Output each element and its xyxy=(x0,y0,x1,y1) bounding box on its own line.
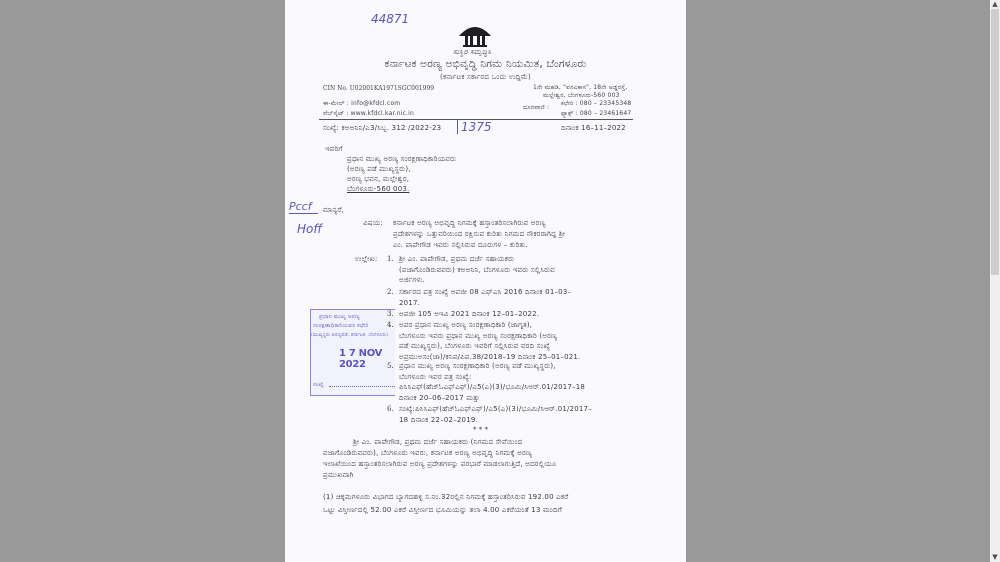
reference-number: 4. xyxy=(387,321,394,329)
subject-label: ವಿಷಯ: xyxy=(363,219,383,228)
recipient-line-2: (ಅರಣ್ಯ ಪಡೆ ಮುಖ್ಯಸ್ಥರು), xyxy=(347,165,411,174)
organization-logo-icon xyxy=(457,22,493,48)
reference-text-line: ಅಪ್ರಮುಅಸಂ(ಜಾ)/ಕನಿಪ/ಪಿಪ.38/2018–19 ದಿನಾಂಕ… xyxy=(399,353,580,362)
handwritten-pccf: Pccf xyxy=(289,200,318,214)
cin-number: CIN No. U02001KA1971SGC001999 xyxy=(323,85,434,92)
subject-line-3: ಎಂ. ಪಾಪೇಗೌಡ ಇವರು ಸಲ್ಲಿಸಿರುವ ದೂರುಗಳ – ಕುರ… xyxy=(393,241,528,250)
section-separator: * * * xyxy=(473,426,488,434)
salutation: ಮಾನ್ಯರೆ, xyxy=(323,206,344,215)
stamp-dotted-line xyxy=(329,386,395,387)
reference-number: ಸಂಖ್ಯೆ: ಕಅಅನಿನಿ/ಎ3/ಸಿಬ್ಬ. 312 /2022-23 xyxy=(323,124,441,133)
fax-number: ಫ್ಯಾಕ್ಸ್ : 080 – 23461647 xyxy=(561,110,631,118)
reference-number: 2. xyxy=(387,288,394,296)
body-paragraph-line: ವಜಾಗೊಂಡಿರುವವರು), ಬೆಂಗಳೂರು ಇವರು, ಕರ್ನಾಟಕ … xyxy=(323,449,532,458)
organization-subtitle: (ಕರ್ನಾಟಕ ಸರ್ಕಾರದ ಒಂದು ಉದ್ದಿಮೆ) xyxy=(285,73,686,82)
body-paragraph-line: ಪ್ರಮುಖವಾಗಿ xyxy=(323,471,354,480)
reference-text-line: ಸರ್ಕಾರದ ಪತ್ರ ಸಂಖ್ಯೆ ಅಪಜೀ 08 ಎಫ್‌ಎಸಿ 2016… xyxy=(399,288,571,297)
recipient-line-4: ಬೆಂಗಳೂರು-560 003. xyxy=(347,185,409,194)
reference-text-line: ಬೆಂಗಳೂರು ಇವರ ಪತ್ರ ಸಂಖ್ಯೆ: xyxy=(399,373,472,382)
reference-text-line: 2017. xyxy=(399,299,420,307)
document-page: 44871 ಸುಸ್ಥಿರ ಸಮೃದ್ಧಿಸಿ ಕರ್ನಾಟಕ ಅರಣ್ಯ ಅಭ… xyxy=(285,0,686,562)
address-line-1: 1ನೇ ಮಹಡಿ, "ವನವಿಕಾಸ", 18ನೇ ಅಡ್ಡರಸ್ತೆ, xyxy=(533,84,627,92)
letter-date: ದಿನಾಂಕ 16–11–2022 xyxy=(561,124,626,133)
reference-number: 5. xyxy=(387,362,394,370)
body-paragraph-line: ಶ್ರೀ ಎಂ. ಪಾಪೇಗೌಡ, ಪ್ರಥಮ ದರ್ಜೆ ಸಹಾಯಕರು (ನ… xyxy=(353,438,522,447)
recipient-line-3: ಅರಣ್ಯ ಭವನ, ಮಲ್ಲೇಶ್ವರ, xyxy=(347,175,409,184)
website: ವೆಬ್‌ಸೈಟ್ : www.kfdcl.kar.nic.in xyxy=(323,110,414,118)
body-paragraph-line: ಇಲಾಖೆಯಿಂದ ಹಸ್ತಾಂತರಿಸಲಾಗಿರುವ ಅರಣ್ಯ ಪ್ರದೇಶ… xyxy=(323,460,556,469)
to-label: ಇವರಿಗೆ xyxy=(325,145,343,154)
document-viewer[interactable]: 44871 ಸುಸ್ಥಿರ ಸಮೃದ್ಧಿಸಿ ಕರ್ನಾಟಕ ಅರಣ್ಯ ಅಭ… xyxy=(0,0,990,562)
stamp-line-1: ಪ್ರಧಾನ ಮುಖ್ಯ ಅರಣ್ಯ xyxy=(319,314,360,321)
recipient-line-1: ಪ್ರಧಾನ ಮುಖ್ಯ ಅರಣ್ಯ ಸಂರಕ್ಷಣಾಧಿಕಾರಿಯವರು xyxy=(347,155,456,164)
subject-line-2: ಪ್ರದೇಶಗಳನ್ನು ಒತ್ತುವರಿಯಿಂದ ರಕ್ಷಿಸುವ ಕುರಿತ… xyxy=(393,230,565,239)
reference-text-line: ಪ್ರಧಾನ ಮುಖ್ಯ ಅರಣ್ಯ ಸಂರಕ್ಷಣಾಧಿಕಾರಿ (ಅರಣ್ಯ… xyxy=(399,362,556,371)
reference-text-line: 18 ದಿನಾಂಕ 22–02–2019. xyxy=(399,416,478,425)
stamp-line-3: (ಮುಖ್ಯಸ್ಥರು ಅರಣ್ಯಪಡೆ, ಕರ್ನಾಟಕ, ಬೆಂಗಳೂರು) xyxy=(311,332,388,338)
reference-text-line: ಪಡೆ ಮುಖ್ಯಸ್ಥರು), ಬೆಂಗಳೂರು ಇವರಿಗೆ ಸಲ್ಲಿಸಿ… xyxy=(399,342,550,351)
phone-label: ದೂರವಾಣಿ : xyxy=(523,104,549,112)
scroll-up-arrow-icon[interactable]: ▲ xyxy=(990,0,1000,9)
handwritten-hoff: Hoff xyxy=(297,222,322,236)
stamp-line-2: ಸಂರಕ್ಷಣಾಧಿಕಾರಿಯವರ ಕಛೇರಿ xyxy=(313,323,369,330)
address-line-2: ಮಲ್ಲೇಶ್ವರ, ಬೆಂಗಳೂರು-560 003 xyxy=(543,92,620,100)
reference-text-line: ಶ್ರೀ ಎಂ. ಪಾಪೇಗೌಡ, ಪ್ರಥಮ ದರ್ಜೆ ಸಹಾಯಕರು xyxy=(399,255,514,264)
subject-line-1: ಕರ್ನಾಟಕ ಅರಣ್ಯ ಅಭಿವೃದ್ಧಿ ನಿಗಮಕ್ಕೆ ಹಸ್ತಾಂತ… xyxy=(393,219,546,228)
email: ಈ-ಮೇಲ್ : info@kfdcl.com xyxy=(323,100,400,108)
reference-text-line: ಸಂಖ್ಯೆ:ಪಿಸಿಸಿಎಫ್(ಹೆಚ್‌ಓಎಫ್‌ಎಫ್)/ಎ5(ಎ)(3)… xyxy=(399,405,592,414)
reference-number: 1. xyxy=(387,255,394,263)
scroll-down-arrow-icon[interactable]: ▼ xyxy=(990,553,1000,562)
reference-text-line: ಅಪರ ಪ್ರಧಾನ ಮುಖ್ಯ ಅರಣ್ಯ ಸಂರಕ್ಷಣಾಧಿಕಾರಿ (ಜ… xyxy=(399,321,532,330)
reference-text-line: ಬೆಂಗಳೂರು ಇವರು ಪ್ರಧಾನ ಮುಖ್ಯ ಅರಣ್ಯ ಸಂರಕ್ಷಣ… xyxy=(399,332,557,341)
reference-number: 6. xyxy=(387,405,394,413)
reference-label: ಉಲ್ಲೇಖ: xyxy=(355,255,377,264)
scrollbar-thumb[interactable] xyxy=(991,9,999,275)
tagline: ಸುಸ್ಥಿರ ಸಮೃದ್ಧಿಸಿ xyxy=(453,48,491,57)
reference-number: 3. xyxy=(387,310,394,318)
received-stamp: ಪ್ರಧಾನ ಮುಖ್ಯ ಅರಣ್ಯ ಸಂರಕ್ಷಣಾಧಿಕಾರಿಯವರ ಕಛೇ… xyxy=(310,309,395,396)
reference-text-line: ಅಪಜೀ 105 ಅಇವಿ 2021 ದಿನಾಂಕ 12–01–2022. xyxy=(399,310,539,319)
reference-text-line: ಅರ್ಜಿಗಳು. xyxy=(399,276,425,285)
point-1-line: ಒಟ್ಟು ವಿಸ್ತೀರ್ಣದಲ್ಲಿ 52.00 ಎಕರೆ ವಿಸ್ತೀರ್… xyxy=(323,506,562,515)
handwritten-ref-number: 44871 xyxy=(371,12,409,26)
stamp-line-4: ಸಂಖ್ಯೆ xyxy=(313,382,324,389)
office-phone: ಕಛೇರಿ : 080 – 23345348 xyxy=(561,100,631,108)
reference-text-line: ಪಿಸಿಸಿಎಫ್(ಹೆಚ್‌ಓಎಫ್‌ಎಫ್)/ಎ5(ಎ)(3)/ಭೂಮಿ/ಸ… xyxy=(399,383,585,392)
reference-text-line: ದಿನಾಂಕ 20–06–2017 ಮತ್ತು xyxy=(399,394,480,403)
handwritten-inward-number: 1375 xyxy=(457,120,492,134)
point-1-line: (1) ಚಿಕ್ಕಮಗಳೂರು ವಿಭಾಗದ ಬ್ಯಾಗದಹಳ್ಳಿ ಸ.ನಂ.… xyxy=(323,493,568,502)
organization-name: ಕರ್ನಾಟಕ ಅರಣ್ಯ ಅಭಿವೃದ್ಧಿ ನಿಗಮ ನಿಯಮಿತ, ಬೆಂ… xyxy=(285,58,686,71)
reference-text-line: (ವಜಾಗೊಂಡಿರುವವರು) ಕಅಅನಿನಿ, ಬೆಂಗಳೂರು ಇವರು … xyxy=(399,266,555,275)
